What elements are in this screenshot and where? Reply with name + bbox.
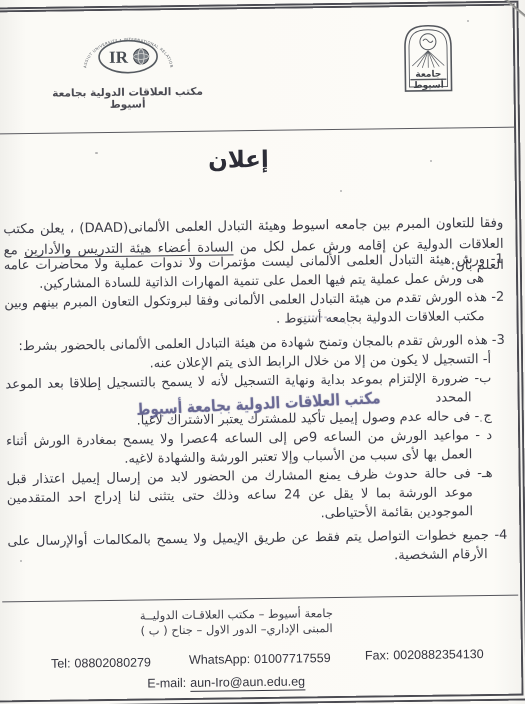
list-subitem: ب- ضرورة الإلتزام بموعد بداية ونهاية الت… (5, 369, 491, 413)
list-subitem: د - مواعيد الورش من الساعه 9ص إلى الساعه… (6, 426, 492, 470)
scan-speck (340, 190, 342, 192)
whatsapp-label: WhatsApp: (189, 652, 250, 667)
fax-value: 0020882354130 (393, 647, 484, 662)
list-subitem: هـ- فى حالة حدوث ظرف يمنع المشارك من الح… (7, 464, 494, 527)
list-item: 2- هذه الورش تقدم من هيئة التبادل العلمى… (4, 288, 504, 333)
assiut-university-emblem-icon: جامعة أسيوط (401, 22, 456, 95)
email-label: E-mail: (147, 676, 186, 691)
item-number: ج - (475, 409, 492, 424)
page-title: إعلان (0, 144, 485, 176)
footer-email: E-mail:aun-Iro@aun.edu.eg (147, 674, 305, 690)
iro-office-logo-icon: ASSIUT UNIVERSITY • INTERNATIONAL RELATI… (80, 26, 177, 85)
footer-whatsapp: WhatsApp:01007717559 (189, 651, 331, 667)
item-text: ورش هيئة التبادل العلمى الألمانى ليست مؤ… (4, 252, 485, 292)
item-text: فى حالة حدوث ظرف يمنع المشارك من الحضور … (7, 466, 474, 521)
item-number: 2- (491, 290, 504, 305)
item-number: 3- (492, 333, 505, 348)
item-text: جميع خطوات التواصل يتم فقط عن طريق الإيم… (7, 528, 489, 563)
list-item: 1- ورش هيئة التبادل العلمى الألمانى ليست… (4, 250, 504, 295)
item-text: التسجيل لا يكون من إلا من خلال الرابط ال… (149, 352, 478, 371)
email-value: aun-Iro@aun.edu.eg (190, 674, 305, 692)
scan-speck (20, 560, 22, 562)
header-divider (0, 127, 514, 135)
item-text: مواعيد الورش من الساعه 9ص إلى الساعه 4عص… (6, 428, 472, 467)
footer-tel: Tel:08802080279 (51, 655, 151, 670)
item-number: د - (475, 428, 492, 443)
item-number: 4- (494, 528, 507, 543)
emblem-text-line1: جامعة (415, 70, 441, 80)
item-text: فى حاله عدم وصول إيميل تأكيد للمشترك يعت… (136, 409, 470, 428)
document-frame: ASSIUT UNIVERSITY • INTERNATIONAL RELATI… (0, 1, 525, 704)
scan-speck (467, 20, 469, 22)
scan-speck (95, 152, 98, 154)
item-number: ب- (474, 371, 491, 386)
footer-fax: Fax:0020882354130 (365, 647, 484, 663)
iro-monogram: IR (109, 48, 129, 67)
item-number: 1- (491, 252, 504, 267)
item-text: ضرورة الإلتزام بموعد بداية ونهاية التسجي… (5, 371, 471, 405)
item-number: أ- (483, 352, 492, 367)
list-item: 4- جميع خطوات التواصل يتم فقط عن طريق ال… (7, 526, 507, 571)
footer-divider (2, 595, 518, 603)
conditions-list: 1- ورش هيئة التبادل العلمى الألمانى ليست… (4, 250, 508, 571)
item-text: هذه الورش تقدم من هيئة التبادل العلمى ال… (4, 290, 487, 327)
item-number: هـ- (477, 466, 493, 481)
globe-icon (133, 49, 148, 64)
tel-label: Tel: (51, 656, 71, 670)
tel-value: 08802080279 (74, 655, 151, 670)
fax-label: Fax: (365, 648, 389, 662)
scan-speck (430, 160, 432, 162)
emblem-text-line2: أسيوط (413, 79, 444, 91)
iro-office-caption: مكتب العلاقات الدولية بجامعة أسيوط (39, 86, 215, 112)
whatsapp-value: 01007717559 (254, 651, 331, 666)
scan-speck (480, 420, 482, 422)
